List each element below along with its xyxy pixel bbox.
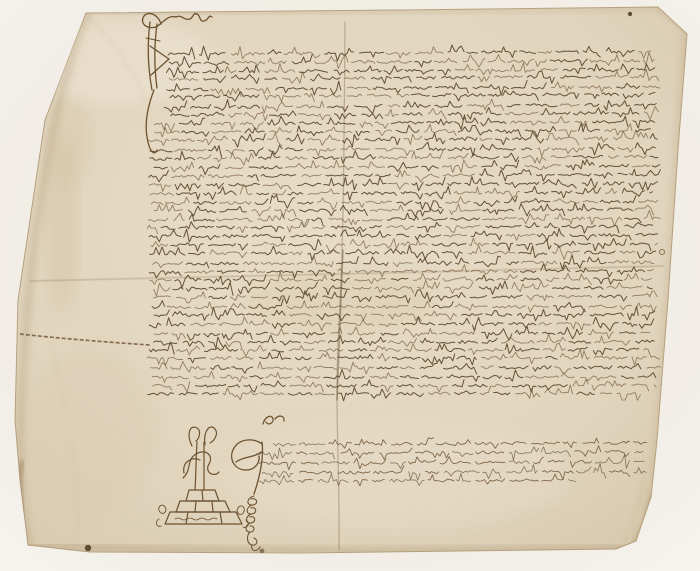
photograph-of-manuscript <box>0 0 700 571</box>
spot-bottom-left <box>85 545 91 551</box>
manuscript-charter <box>0 0 700 571</box>
parchment-grain-texture <box>0 0 700 571</box>
parchment-surface <box>0 0 700 571</box>
eyelet-right-edge <box>659 249 664 254</box>
smudge-bottom-mid <box>260 549 265 554</box>
hole-top-right <box>628 12 632 16</box>
